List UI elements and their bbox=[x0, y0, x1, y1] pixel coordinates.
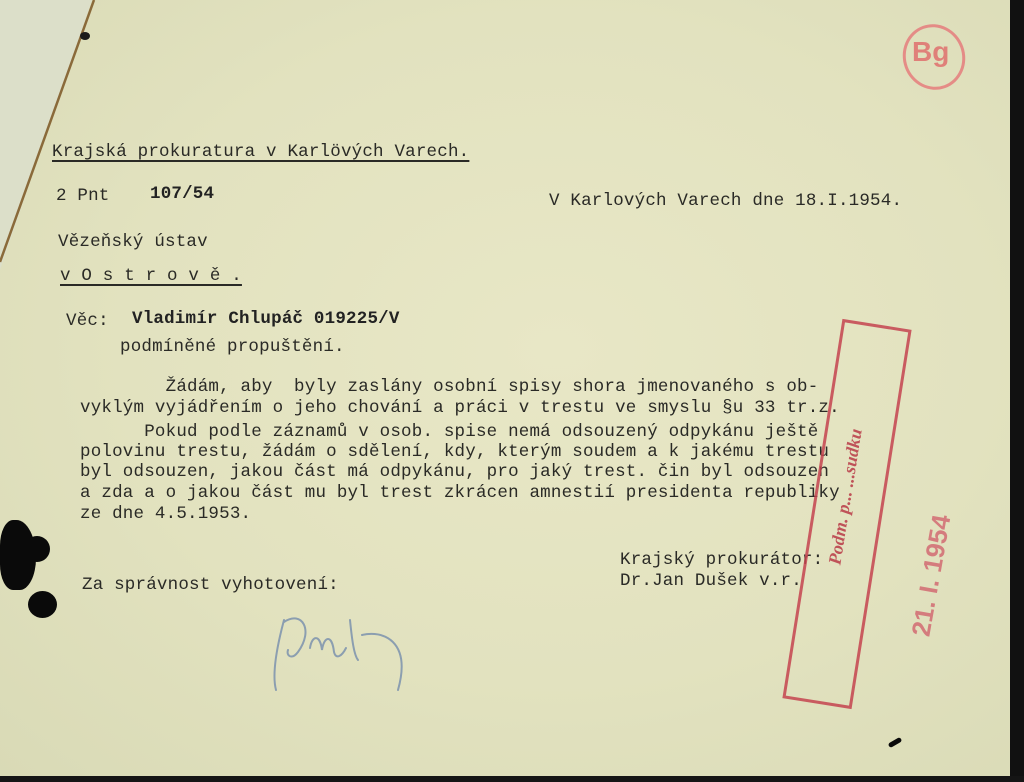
reference-prefix: 2 Pnt bbox=[56, 186, 110, 206]
handwritten-signature bbox=[262, 590, 432, 700]
office-heading: Krajská prokuratura v Karlövých Varech. bbox=[52, 142, 469, 162]
body-line: Pokud podle záznamů v osob. spise nemá o… bbox=[80, 422, 818, 442]
ink-blot bbox=[28, 591, 57, 618]
subject-label: Věc: bbox=[66, 311, 109, 331]
subject-name: Vladimír Chlupáč 019225/V bbox=[132, 309, 400, 329]
recipient-line2: v O s t r o v ě . bbox=[60, 266, 242, 286]
body-line: byl odsouzen, jakou část má odpykánu, pr… bbox=[80, 462, 829, 482]
body-line: ze dne 4.5.1953. bbox=[80, 504, 251, 524]
body-line: polovinu trestu, žádám o sdělení, kdy, k… bbox=[80, 442, 829, 462]
place-date: V Karlových Varech dne 18.I.1954. bbox=[549, 191, 902, 211]
signatory-name: Dr.Jan Dušek v.r. bbox=[620, 571, 802, 591]
subject-line2: podmíněné propuštění. bbox=[120, 337, 345, 357]
body-line: vyklým vyjádřením o jeho chování a práci… bbox=[80, 398, 840, 418]
circle-stamp-mark: Bg bbox=[912, 36, 949, 68]
ink-blot bbox=[24, 536, 50, 562]
scan-border-bottom bbox=[0, 776, 1024, 782]
body-line: a zda a o jakou část mu byl trest zkráce… bbox=[80, 483, 840, 503]
recipient-line1: Vězeňský ústav bbox=[58, 232, 208, 252]
body-line: Žádám, aby byly zaslány osobní spisy sho… bbox=[80, 377, 818, 397]
scan-border-right bbox=[1010, 0, 1024, 782]
reference-number: 107/54 bbox=[150, 184, 214, 204]
signatory-title: Krajský prokurátor: bbox=[620, 550, 823, 570]
